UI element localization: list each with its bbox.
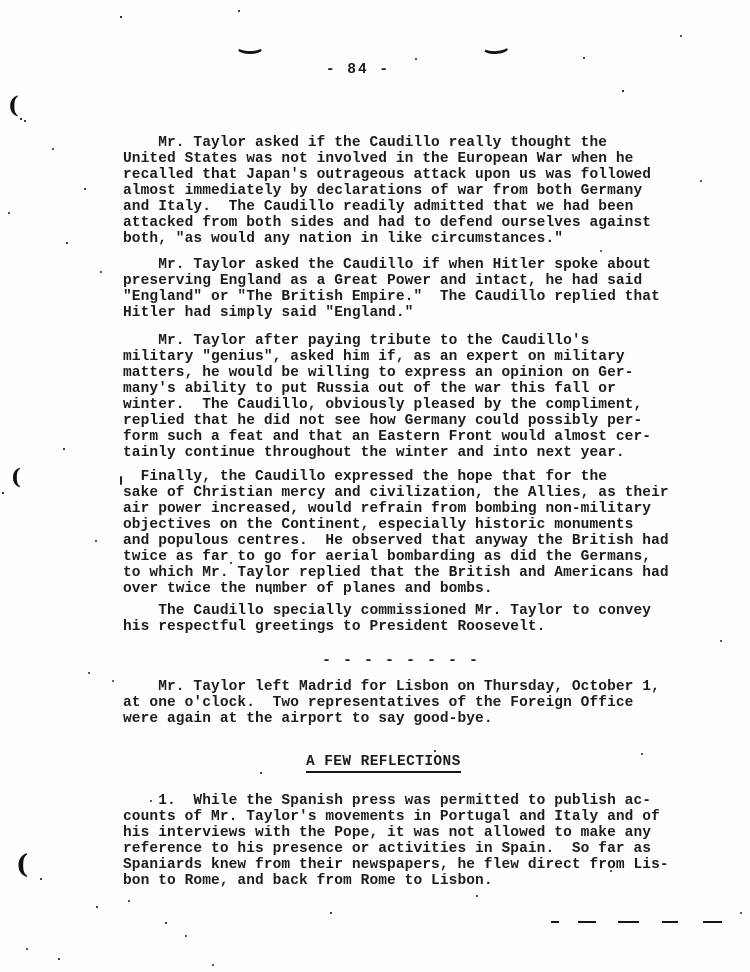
scan-smudge-curve-icon — [482, 39, 511, 55]
dash-separator: - - - - - - - - — [322, 652, 480, 669]
stray-dash-mark — [618, 921, 639, 923]
stray-dash-mark — [662, 921, 678, 923]
page-number: - 84 - — [318, 62, 398, 78]
scan-ink-mark — [120, 476, 122, 485]
scan-paren-mark: ( — [11, 464, 21, 489]
scan-paren-mark: ( — [8, 92, 19, 119]
paragraph-bombing-objectives: Finally, the Caudillo expressed the hope… — [123, 469, 669, 597]
section-heading: A FEW REFLECTIONS — [306, 754, 461, 773]
scan-paren-mark: ( — [16, 850, 28, 880]
paragraph-hitler-england: Mr. Taylor asked the Caudillo if when Hi… — [123, 257, 660, 321]
paragraph-caudillo-european-war: Mr. Taylor asked if the Caudillo really … — [123, 135, 651, 247]
paragraph-military-genius: Mr. Taylor after paying tribute to the C… — [123, 333, 651, 461]
document-page: - 84 - Mr. Taylor asked if the Caudillo … — [0, 0, 750, 972]
paragraph-greetings-roosevelt: The Caudillo specially commissioned Mr. … — [123, 603, 651, 635]
scan-speckles — [0, 0, 2, 2]
scan-smudge-curve-icon — [236, 40, 264, 54]
stray-dash-mark — [703, 921, 722, 923]
paragraph-reflections-1: 1. While the Spanish press was permitted… — [123, 793, 669, 889]
paragraph-left-madrid: Mr. Taylor left Madrid for Lisbon on Thu… — [123, 679, 660, 727]
stray-dash-mark — [578, 921, 596, 923]
stray-dash-mark — [551, 921, 559, 923]
